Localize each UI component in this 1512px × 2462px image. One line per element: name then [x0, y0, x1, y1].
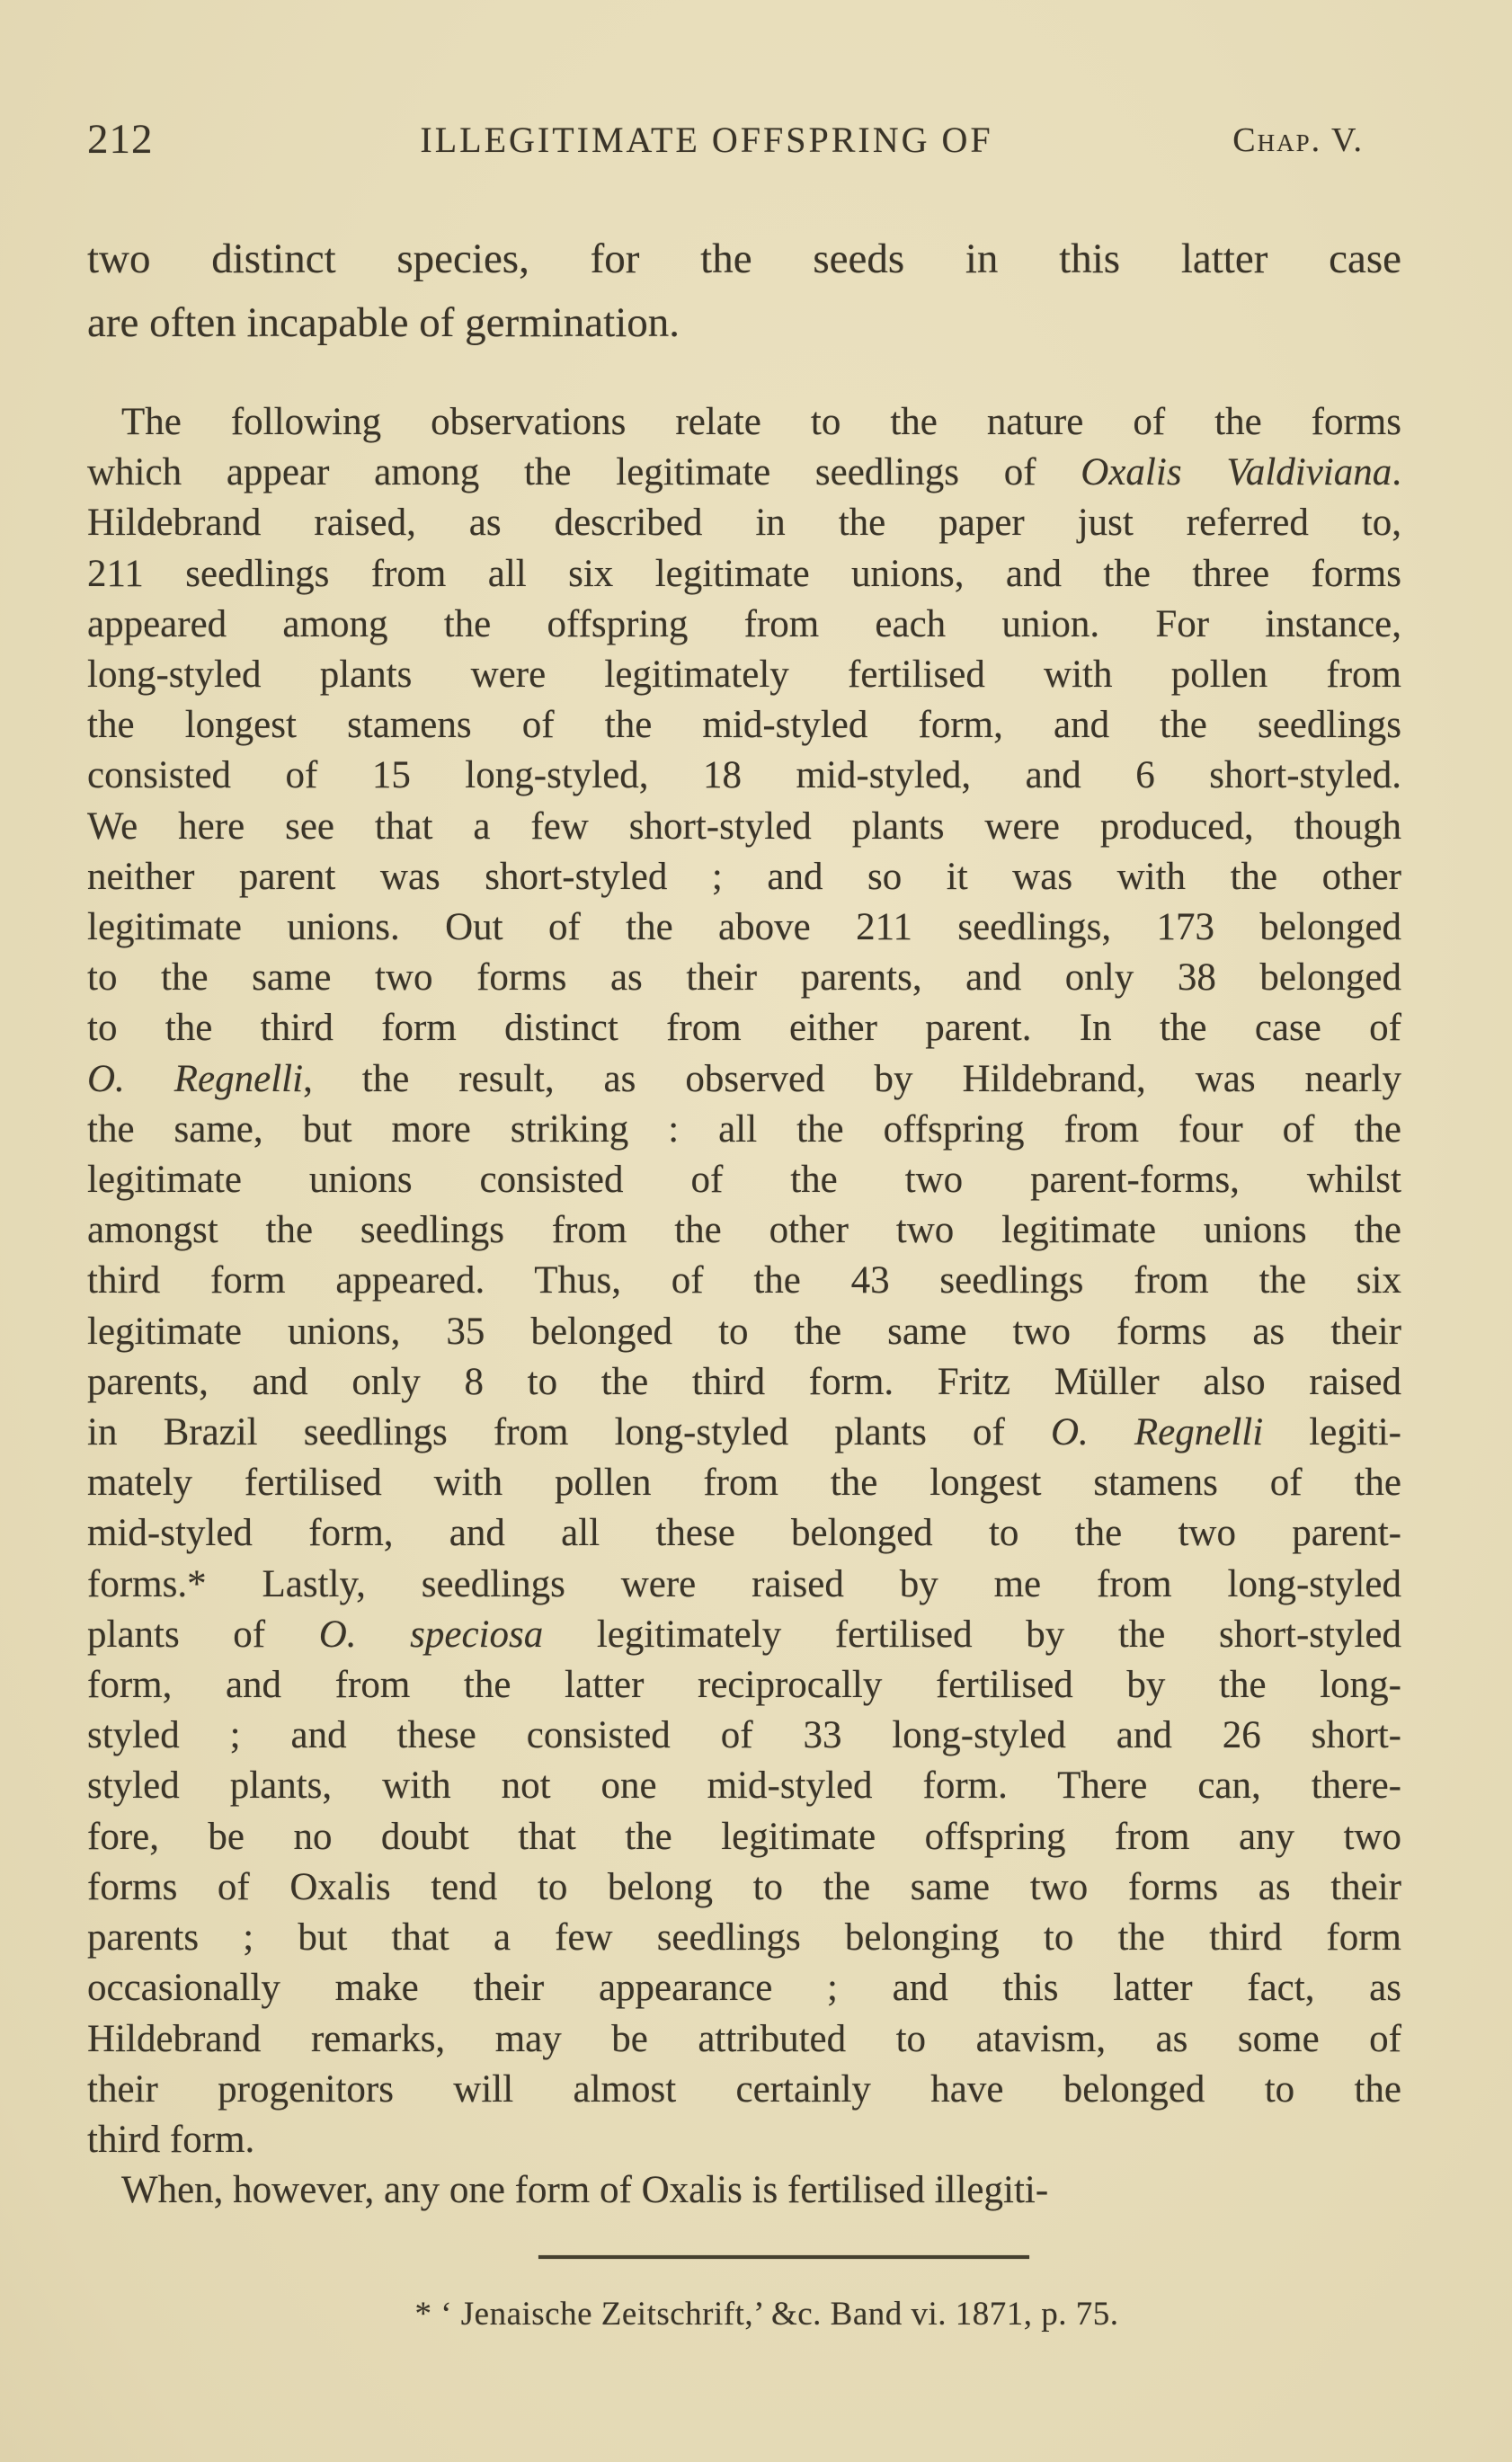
text-line: parents, and only 8 to the third form. F… [87, 1357, 1401, 1408]
chapter-label: Chap. V. [1232, 120, 1364, 160]
footnote: * ‘ Jenaische Zeitschrift,’ &c. Band vi.… [0, 2295, 1512, 2333]
text-line: mid-styled form, and all these belonged … [87, 1508, 1401, 1559]
text-line: legitimate unions. Out of the above 211 … [87, 902, 1401, 953]
text-line: The following observations relate to the… [87, 397, 1401, 448]
text-line: styled plants, with not one mid-styled f… [87, 1761, 1401, 1811]
footnote-rule [538, 2255, 1029, 2259]
text-line: When, however, any one form of Oxalis is… [87, 2165, 1401, 2216]
text-line: styled ; and these consisted of 33 long-… [87, 1711, 1401, 1761]
text-line: two distinct species, for the seeds in t… [87, 227, 1401, 291]
text-line: legitimate unions, 35 belonged to the sa… [87, 1307, 1401, 1357]
text-line: their progenitors will almost certainly … [87, 2065, 1401, 2115]
text-line: parents ; but that a few seedlings belon… [87, 1913, 1401, 1963]
text-line: long-styled plants were legitimately fer… [87, 650, 1401, 700]
page-body: two distinct species, for the seeds in t… [87, 227, 1401, 2216]
running-title: ILLEGITIMATE OFFSPRING OF [49, 119, 1364, 161]
text-line: in Brazil seedlings from long-styled pla… [87, 1408, 1401, 1458]
text-line: forms.* Lastly, seedlings were raised by… [87, 1560, 1401, 1610]
text-line: Hildebrand raised, as described in the p… [87, 498, 1401, 548]
text-line: 211 seedlings from all six legitimate un… [87, 549, 1401, 600]
text-line: third form. [87, 2115, 1401, 2165]
text-line: the longest stamens of the mid-styled fo… [87, 700, 1401, 751]
text-line: amongst the seedlings from the other two… [87, 1205, 1401, 1256]
text-line: mately fertilised with pollen from the l… [87, 1458, 1401, 1508]
paragraph: two distinct species, for the seeds in t… [87, 227, 1401, 355]
book-page: 212 ILLEGITIMATE OFFSPRING OF Chap. V. t… [0, 0, 1512, 2462]
text-line: plants of O. speciosa legitimately ferti… [87, 1610, 1401, 1660]
text-line: neither parent was short-styled ; and so… [87, 852, 1401, 902]
text-line: to the same two forms as their parents, … [87, 953, 1401, 1003]
text-line: legitimate unions consisted of the two p… [87, 1155, 1401, 1205]
text-line: forms of Oxalis tend to belong to the sa… [87, 1862, 1401, 1913]
paragraph: When, however, any one form of Oxalis is… [87, 2165, 1401, 2216]
text-line: fore, be no doubt that the legitimate of… [87, 1812, 1401, 1862]
text-line: appeared among the offspring from each u… [87, 600, 1401, 650]
paragraph: The following observations relate to the… [87, 397, 1401, 2165]
text-line: consisted of 15 long-styled, 18 mid-styl… [87, 751, 1401, 801]
text-line: Hildebrand remarks, may be attributed to… [87, 2014, 1401, 2065]
page-header: 212 ILLEGITIMATE OFFSPRING OF Chap. V. [87, 115, 1401, 165]
text-line: are often incapable of germination. [87, 291, 1401, 355]
text-line: O. Regnelli, the result, as observed by … [87, 1054, 1401, 1105]
text-line: We here see that a few short-styled plan… [87, 802, 1401, 852]
text-line: occasionally make their appearance ; and… [87, 1963, 1401, 2013]
text-line: third form appeared. Thus, of the 43 see… [87, 1256, 1401, 1306]
text-line: which appear among the legitimate seedli… [87, 448, 1401, 498]
text-line: to the third form distinct from either p… [87, 1003, 1401, 1053]
text-line: form, and from the latter reciprocally f… [87, 1660, 1401, 1711]
text-line: the same, but more striking : all the of… [87, 1105, 1401, 1155]
